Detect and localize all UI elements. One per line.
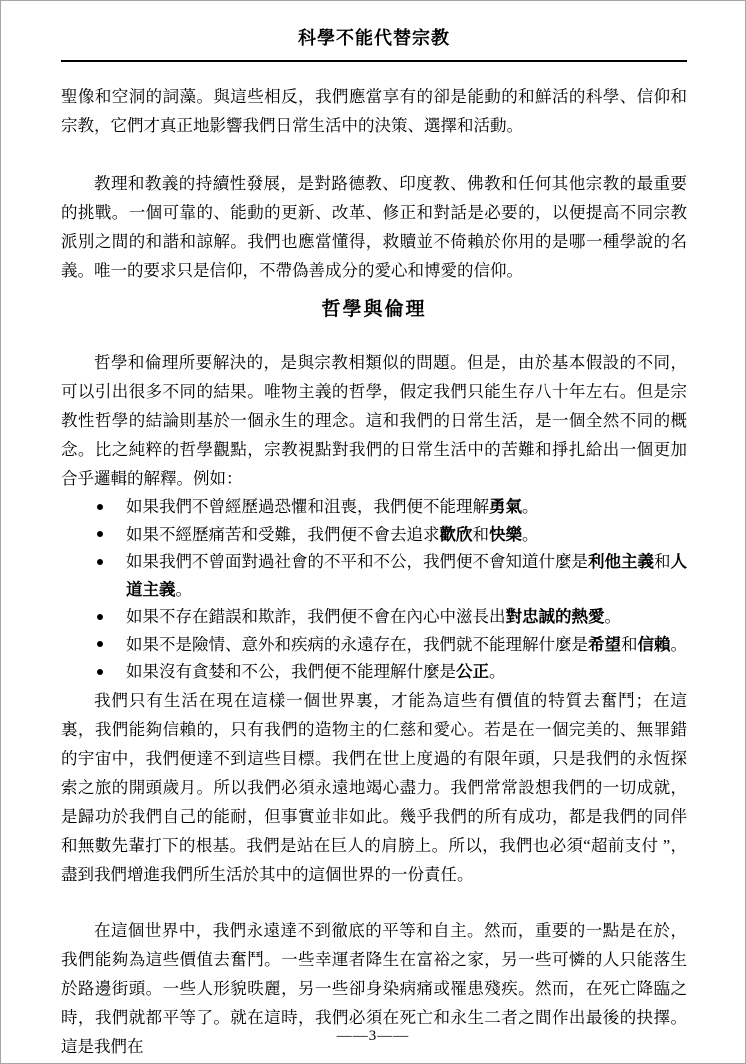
document-footer: ——3—— <box>1 1027 745 1045</box>
bullet-text: 。 <box>489 662 506 681</box>
paragraph-3: 哲學和倫理所要解決的，是與宗教相類似的問題。但是，由於基本假設的不同，可以引出很… <box>61 348 687 493</box>
bullet-text-bold: 對忠誠的熱愛 <box>506 607 605 626</box>
bullet-text-bold: 公正 <box>456 662 489 681</box>
bullet-text: 。 <box>522 525 539 544</box>
paragraph-2: 教理和教義的持續性發展，是對路德教、印度教、佛教和任何其他宗教的最重要的挑戰。一… <box>61 169 687 285</box>
bullet-text-bold: 快樂 <box>489 525 522 544</box>
page-number: ——3—— <box>337 1028 410 1044</box>
bullet-item: 如果不是險情、意外和疾病的永遠存在，我們就不能理解什麼是希望和信賴。 <box>61 631 687 659</box>
bullet-text: 。 <box>522 497 539 516</box>
bullet-text: 和 <box>473 525 490 544</box>
bullet-item: 如果不存在錯誤和欺詐，我們便不會在內心中滋長出對忠誠的熱愛。 <box>61 603 687 631</box>
bullet-text: 如果我們不曾經歷過恐懼和沮喪，我們便不能理解 <box>126 497 489 516</box>
bullet-text: 和 <box>654 552 671 571</box>
bullet-text: 如果沒有貪婪和不公，我們便不能理解什麼是 <box>126 662 456 681</box>
paragraph-1: 聖像和空洞的詞藻。與這些相反，我們應當享有的卻是能動的和鮮活的科學、信仰和宗教，… <box>61 82 687 140</box>
bullet-list: 如果我們不曾經歷過恐懼和沮喪，我們便不能理解勇氣。如果不經歷痛苦和受難，我們便不… <box>61 493 687 686</box>
bullet-text: 如果不經歷痛苦和受難，我們便不會去追求 <box>126 525 440 544</box>
bullet-text: 和 <box>621 635 638 654</box>
bullet-text: 如果不存在錯誤和欺詐，我們便不會在內心中滋長出 <box>126 607 506 626</box>
document-body: 聖像和空洞的詞藻。與這些相反，我們應當享有的卻是能動的和鮮活的科學、信仰和宗教，… <box>61 82 687 1061</box>
bullet-text: 。 <box>671 635 688 654</box>
document-page: 科學不能代替宗教 聖像和空洞的詞藻。與這些相反，我們應當享有的卻是能動的和鮮活的… <box>0 0 746 1064</box>
bullet-text-bold: 勇氣 <box>489 497 522 516</box>
paragraph-4: 我們只有生活在現在這樣一個世界裏，才能為這些有價值的特質去奮鬥；在這裏，我們能夠… <box>61 686 687 889</box>
bullet-text-bold: 歡欣 <box>440 525 473 544</box>
bullet-item: 如果我們不曾面對過社會的不平和不公，我們便不會知道什麼是利他主義和人道主義。 <box>61 548 687 603</box>
bullet-text-bold: 信賴 <box>638 635 671 654</box>
bullet-text: 。 <box>605 607 622 626</box>
bullet-text-bold: 利他主義 <box>588 552 654 571</box>
section-heading: 哲學與倫理 <box>61 298 687 322</box>
bullet-item: 如果沒有貪婪和不公，我們便不能理解什麼是公正。 <box>61 658 687 686</box>
bullet-item: 如果我們不曾經歷過恐懼和沮喪，我們便不能理解勇氣。 <box>61 493 687 521</box>
bullet-text-bold: 希望 <box>588 635 621 654</box>
document-header: 科學不能代替宗教 <box>61 27 687 62</box>
page-title: 科學不能代替宗教 <box>61 27 687 49</box>
bullet-text: 如果不是險情、意外和疾病的永遠存在，我們就不能理解什麼是 <box>126 635 588 654</box>
bullet-text: 如果我們不曾面對過社會的不平和不公，我們便不會知道什麼是 <box>126 552 588 571</box>
bullet-text: 。 <box>176 580 193 599</box>
bullet-item: 如果不經歷痛苦和受難，我們便不會去追求歡欣和快樂。 <box>61 521 687 549</box>
